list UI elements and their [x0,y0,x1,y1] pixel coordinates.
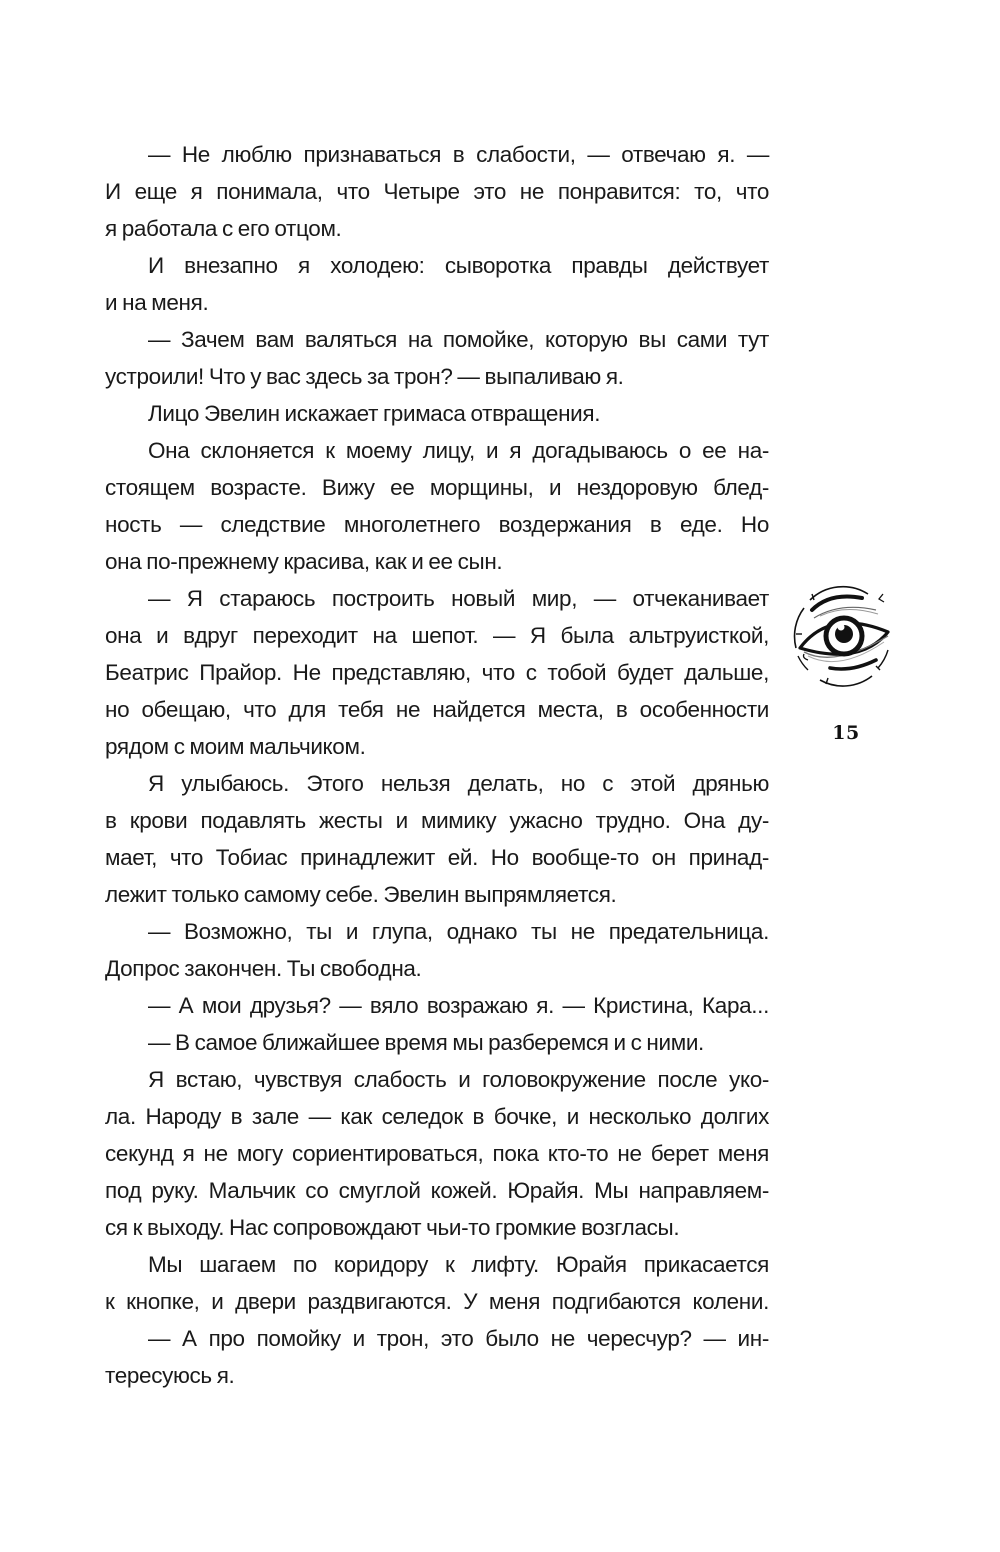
paragraph: Я улыбаюсь. Этого нельзя делать, но с эт… [105,765,769,913]
paragraph: — Не люблю признаваться в слабости, — от… [105,136,769,247]
eye-emblem [790,580,890,690]
text-line: устроили! Что у вас здесь за трон? — вып… [105,358,769,395]
paragraph: — А про помойку и трон, это было не чере… [105,1320,769,1394]
text-line: в крови подавлять жесты и мимику ужасно … [105,802,769,839]
text-line: Она склоняется к моему лицу, и я догадыв… [105,432,769,469]
text-line: рядом с моим мальчиком. [105,728,769,765]
text-line: ся к выходу. Нас сопровождают чьи-то гро… [105,1209,769,1246]
text-line: и на меня. [105,284,769,321]
text-line: Мы шагаем по коридору к лифту. Юрайя при… [105,1246,769,1283]
text-line: Я встаю, чувствуя слабость и головокруже… [105,1061,769,1098]
text-line: она по-прежнему красива, как и ее сын. [105,543,769,580]
paragraph: И внезапно я холодею: сыворотка правды д… [105,247,769,321]
paragraph: Она склоняется к моему лицу, и я догадыв… [105,432,769,580]
text-line: к кнопке, и двери раздвигаются. У меня п… [105,1283,769,1320]
text-line: — Не люблю признаваться в слабости, — от… [105,136,769,173]
text-line: Лицо Эвелин искажает гримаса отвращения. [105,395,769,432]
paragraph: — Возможно, ты и глупа, однако ты не пре… [105,913,769,987]
text-line: Я улыбаюсь. Этого нельзя делать, но с эт… [105,765,769,802]
text-line: Беатрис Прайор. Не представляю, что с то… [105,654,769,691]
paragraph: Мы шагаем по коридору к лифту. Юрайя при… [105,1246,769,1320]
text-line: — А мои друзья? — вяло возражаю я. — Кри… [105,987,769,1024]
text-line: я работала с его отцом. [105,210,769,247]
text-line: тересуюсь я. [105,1357,769,1394]
text-line: ность — следствие многолетнего воздержан… [105,506,769,543]
text-line: — В самое ближайшее время мы разберемся … [105,1024,769,1061]
text-line: — А про помойку и трон, это было не чере… [105,1320,769,1357]
paragraph: — А мои друзья? — вяло возражаю я. — Кри… [105,987,769,1024]
eye-icon [790,580,890,690]
page-number: 15 [826,722,866,744]
paragraph: — Я стараюсь построить новый мир, — отче… [105,580,769,765]
paragraph: Лицо Эвелин искажает гримаса отвращения. [105,395,769,432]
text-line: под руку. Мальчик со смуглой кожей. Юрай… [105,1172,769,1209]
text-line: — Я стараюсь построить новый мир, — отче… [105,580,769,617]
text-line: ла. Народу в зале — как селедок в бочке,… [105,1098,769,1135]
text-line: И еще я понимала, что Четыре это не понр… [105,173,769,210]
text-line: но обещаю, что для тебя не найдется мест… [105,691,769,728]
text-line: лежит только самому себе. Эвелин выпрямл… [105,876,769,913]
text-line: секунд я не могу сориентироваться, пока … [105,1135,769,1172]
text-line: — Возможно, ты и глупа, однако ты не пре… [105,913,769,950]
text-line: И внезапно я холодею: сыворотка правды д… [105,247,769,284]
text-line: стоящем возрасте. Вижу ее морщины, и нез… [105,469,769,506]
text-line: Допрос закончен. Ты свободна. [105,950,769,987]
body-text: — Не люблю признаваться в слабости, — от… [105,136,769,1394]
text-line: она и вдруг переходит на шепот. — Я была… [105,617,769,654]
text-line: — Зачем вам валяться на помойке, которую… [105,321,769,358]
text-line: мает, что Тобиас принадлежит ей. Но вооб… [105,839,769,876]
paragraph: — В самое ближайшее время мы разберемся … [105,1024,769,1061]
paragraph: Я встаю, чувствуя слабость и головокруже… [105,1061,769,1246]
paragraph: — Зачем вам валяться на помойке, которую… [105,321,769,395]
